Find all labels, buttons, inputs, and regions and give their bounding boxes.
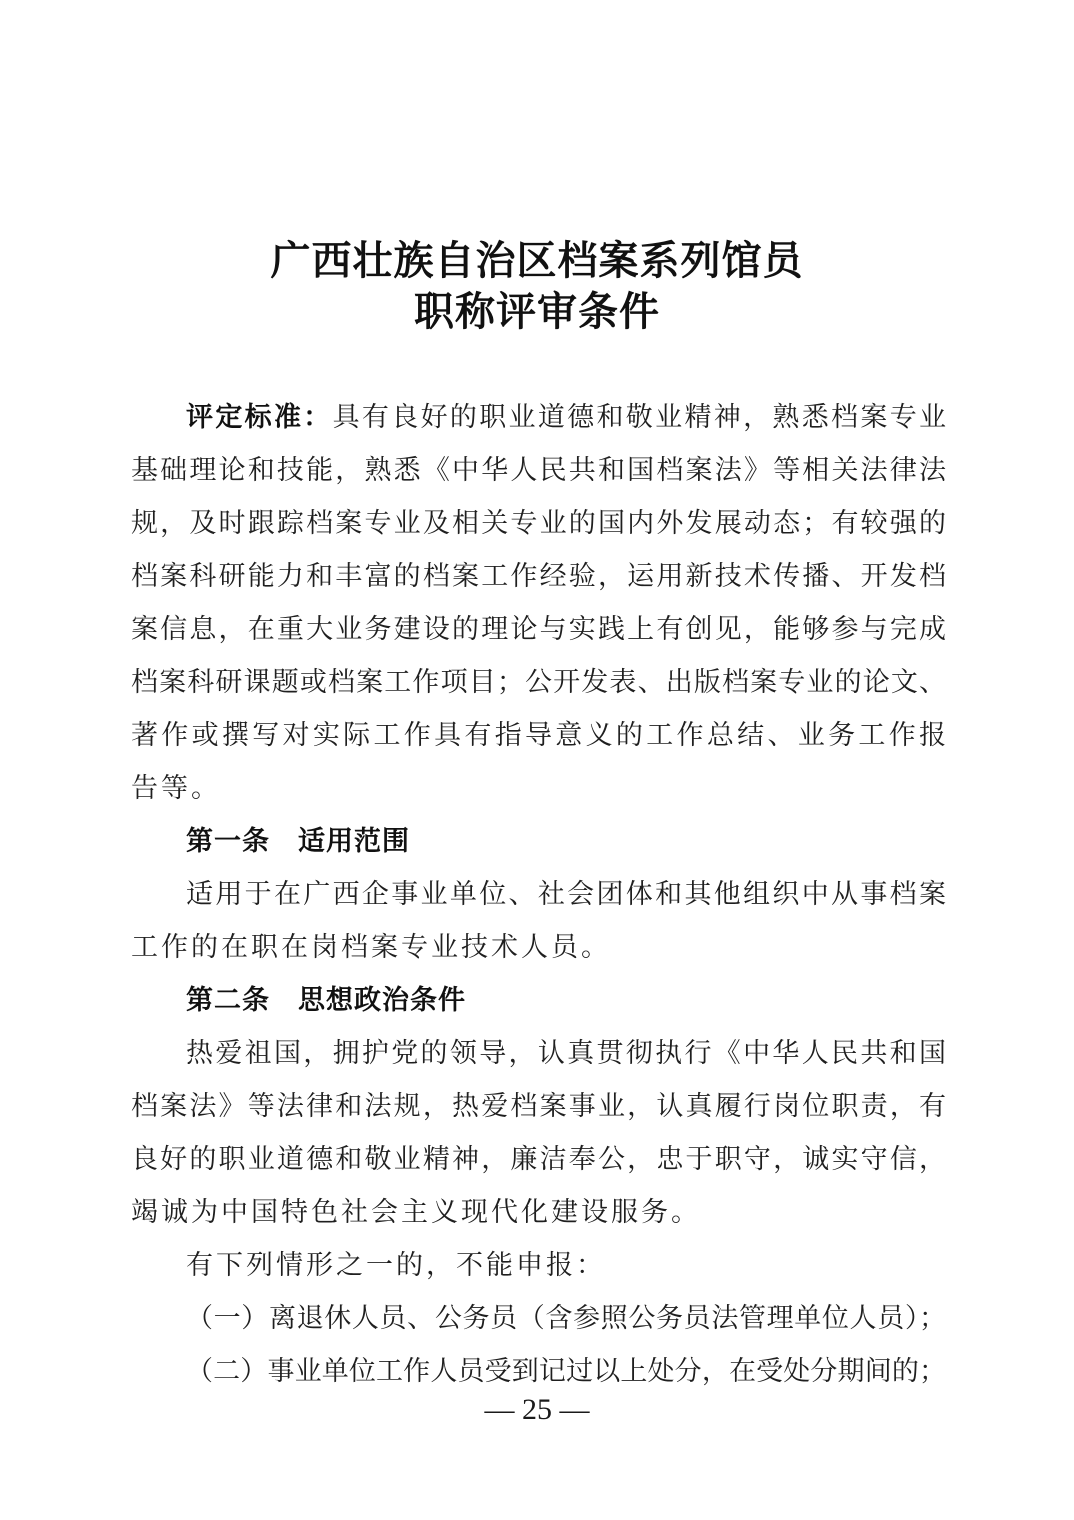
criteria-line-5: 案信息，在重大业务建设的理论与实践上有创见，能够参与完成 <box>131 610 946 650</box>
criteria-line-3: 规，及时跟踪档案专业及相关专业的国内外发展动态；有较强的 <box>131 504 946 544</box>
exclusion-item-2: （二）事业单位工作人员受到记过以上处分，在受处分期间的； <box>186 1352 946 1392</box>
document-title-line-2: 职称评审条件 <box>0 288 1074 336</box>
article-1-line-1: 适用于在广西企事业单位、社会团体和其他组织中从事档案 <box>186 875 946 915</box>
criteria-line-8: 告等。 <box>131 769 946 809</box>
exclusion-intro: 有下列情形之一的，不能申报： <box>186 1246 946 1286</box>
article-2-line-3: 良好的职业道德和敬业精神，廉洁奉公，忠于职守，诚实守信， <box>131 1140 946 1180</box>
document-title-line-1: 广西壮族自治区档案系列馆员 <box>0 237 1074 285</box>
page-number: — 25 — <box>0 1390 1074 1430</box>
criteria-text: 具有良好的职业道德和敬业精神，熟悉档案专业 <box>333 402 946 433</box>
article-2-line-1: 热爱祖国，拥护党的领导，认真贯彻执行《中华人民共和国 <box>186 1034 946 1074</box>
article-2-line-4: 竭诚为中国特色社会主义现代化建设服务。 <box>131 1193 946 1233</box>
criteria-line-7: 著作或撰写对实际工作具有指导意义的工作总结、业务工作报 <box>131 716 946 756</box>
criteria-line-1: 评定标准：具有良好的职业道德和敬业精神，熟悉档案专业 <box>186 398 946 438</box>
article-2-heading: 第二条 思想政治条件 <box>186 981 466 1021</box>
article-1-line-2: 工作的在职在岗档案专业技术人员。 <box>131 928 946 968</box>
criteria-line-6: 档案科研课题或档案工作项目；公开发表、出版档案专业的论文、 <box>131 663 946 703</box>
article-1-heading: 第一条 适用范围 <box>186 822 410 862</box>
criteria-lead: 评定标准： <box>186 402 333 433</box>
criteria-line-4: 档案科研能力和丰富的档案工作经验，运用新技术传播、开发档 <box>131 557 946 597</box>
article-2-line-2: 档案法》等法律和法规，热爱档案事业，认真履行岗位职责，有 <box>131 1087 946 1127</box>
exclusion-item-1: （一）离退休人员、公务员（含参照公务员法管理单位人员）； <box>186 1299 946 1339</box>
criteria-line-2: 基础理论和技能，熟悉《中华人民共和国档案法》等相关法律法 <box>131 451 946 491</box>
document-page: 广西壮族自治区档案系列馆员 职称评审条件 评定标准：具有良好的职业道德和敬业精神… <box>0 0 1074 1520</box>
